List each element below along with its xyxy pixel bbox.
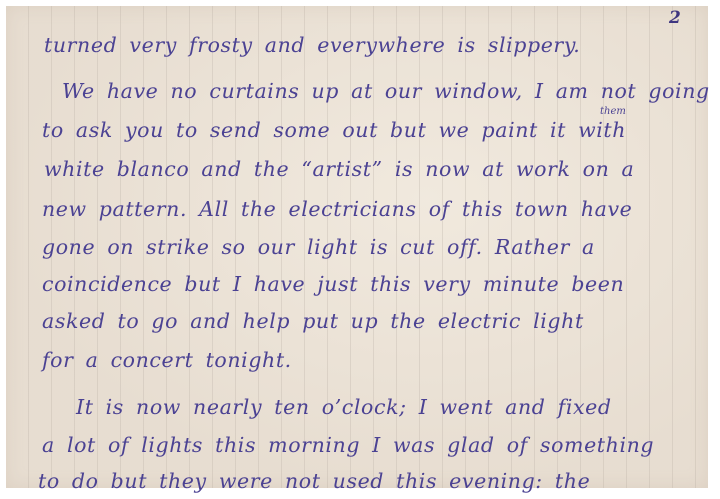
inserted-word: them [600,106,626,117]
letter-line-7: coincidence but I have just this very mi… [42,272,624,296]
letter-line-5: new pattern. All the electricians of thi… [42,197,632,221]
letter-line-3: to ask you to send some out but we paint… [42,118,626,142]
letter-page: 2 turned very frosty and everywhere is s… [6,6,708,488]
letter-line-12: to do but they were not used this evenin… [38,469,590,493]
letter-line-1: turned very frosty and everywhere is sli… [44,33,580,57]
letter-line-4: white blanco and the “artist” is now at … [44,157,634,181]
letter-line-2: We have no curtains up at our window, I … [62,79,710,103]
letter-line-9: for a concert tonight. [42,348,292,372]
letter-line-8: asked to go and help put up the electric… [42,309,584,333]
letter-line-10: It is now nearly ten o’clock; I went and… [76,395,612,419]
page-number: 2 [669,8,681,28]
letter-line-11: a lot of lights this morning I was glad … [42,433,654,457]
letter-line-6: gone on strike so our light is cut off. … [42,235,595,259]
